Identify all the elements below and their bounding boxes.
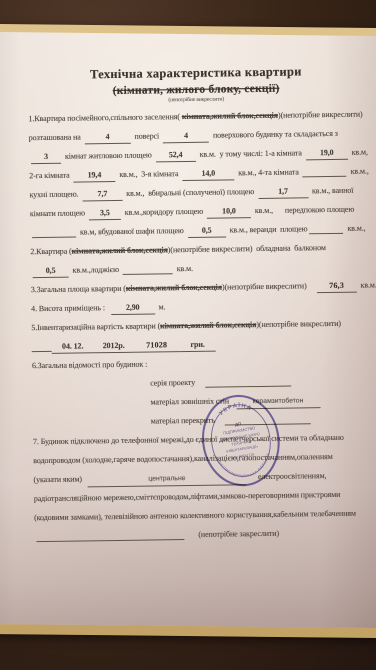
- text: (указати яким): [33, 474, 82, 484]
- text: м.: [157, 302, 166, 311]
- form-value-bold: 71028: [134, 339, 180, 353]
- form-value: 52,4: [156, 149, 196, 163]
- document-title: Технічна характеристика квартири: [28, 64, 364, 84]
- blank-underline: [303, 164, 347, 178]
- form-value: 3: [31, 151, 61, 164]
- form-value: грн.: [180, 339, 216, 353]
- text: )(непотрібне викреслити): [256, 319, 341, 329]
- blank-underline: [32, 225, 76, 239]
- text: 7. Будинок підключено до телефонної мере…: [33, 433, 344, 446]
- text: кв.м.: [175, 264, 193, 273]
- text: поверсі: [133, 131, 162, 140]
- form-value: 7,7: [82, 188, 122, 202]
- text: кв.м., вбиральні (сполученої) площею: [124, 187, 256, 198]
- text: )(непотрібне викреслити): [278, 110, 363, 120]
- text: кв.м.,лоджією: [71, 265, 121, 275]
- text: 5.Інвентаризаційна вартість квартири (: [31, 321, 160, 332]
- text: поверхового будинку та складається з: [211, 129, 338, 140]
- text: 3.Загальна площа квартири (: [31, 284, 126, 294]
- blank-underline: [309, 221, 343, 234]
- text: )(непотрібне викреслити): [222, 281, 307, 291]
- spacer: [195, 384, 203, 385]
- spacer: [82, 480, 86, 481]
- text: розташована на: [29, 132, 83, 142]
- form-value: 10,0: [207, 205, 251, 219]
- document-page: Технічна характеристика квартири (кімнат…: [0, 32, 376, 628]
- text: кв.м, вбудованої шафи площею: [78, 226, 186, 237]
- svg-text:УКРАЇНА: УКРАЇНА: [217, 400, 253, 418]
- form-value: 4: [163, 130, 209, 144]
- spacer: [273, 212, 283, 213]
- text: (непотрібне закреслити): [198, 529, 279, 539]
- text: передпокою площею: [283, 205, 354, 215]
- text: кв.м., ванної: [310, 186, 353, 196]
- text: 2.Квартира (: [30, 247, 71, 257]
- text: кв.м.,коридору площею: [123, 207, 205, 217]
- form-line: (непотрібне закреслити): [34, 522, 370, 546]
- form-value: 1,7: [258, 185, 308, 199]
- struck-text: кімната,жилий блок,секція: [72, 245, 168, 255]
- stamp-text-line: код 03341719: [232, 452, 255, 460]
- text: кв.м,: [350, 147, 368, 156]
- blank-underline: [36, 527, 184, 542]
- struck-text: кімната,жилий блок,секція: [182, 111, 278, 121]
- form-value: 14,0: [182, 167, 234, 181]
- text: кімнат житловою площею: [63, 150, 154, 160]
- text: серія проекту: [150, 378, 195, 388]
- text: 2-га кімната: [29, 171, 71, 181]
- text: кв.м.,: [359, 280, 376, 289]
- text: кв.м.,: [349, 166, 369, 175]
- form-value: 19,4: [73, 169, 115, 183]
- text: кімнати площею: [30, 208, 87, 218]
- form-value: 2,90: [111, 301, 155, 315]
- form-value: 2012р.: [94, 340, 134, 354]
- form-value: 19,0: [306, 147, 348, 161]
- spacer: [186, 536, 198, 537]
- form-value: 04. 12.: [52, 340, 94, 354]
- text: кв.м. у тому числі: 1-а кімната: [198, 148, 304, 158]
- stamp-text-line: ДП: [235, 421, 242, 427]
- stamp-arc-top-text: УКРАЇНА: [217, 400, 253, 418]
- text: кв.м., веранди площею: [228, 224, 308, 234]
- document-content: Технічна характеристика квартири (кімнат…: [0, 32, 376, 628]
- blank-underline: [205, 374, 291, 388]
- form-value: 3,5: [89, 207, 121, 220]
- text: 4. Висота приміщень :: [31, 303, 109, 313]
- text: радіотрансляційною мережею,сміттєпроводо…: [34, 490, 341, 503]
- text: кв.м., 3-я кімната: [117, 169, 180, 179]
- text: водопроводом (холодне,гаряче водопостача…: [33, 452, 333, 465]
- spacer: [307, 287, 315, 288]
- text: кв.м.,: [253, 206, 273, 215]
- blank-underline: [123, 261, 173, 275]
- form-value-bold: 76,3: [317, 280, 357, 294]
- text: 6.Загальна відомості про будинок :: [32, 360, 147, 371]
- text: (кодовими замками), телевізійною антеною…: [34, 509, 356, 522]
- round-stamp: УКРАЇНА ДНІПРОПЕТРОВСЬКА ОБЛАСТЬ ДП ПІДП…: [194, 387, 289, 495]
- struck-text: кімната,жилий блок,секція: [126, 283, 222, 293]
- form-value: 0,5: [188, 224, 226, 238]
- text: кв.м.,: [345, 224, 365, 233]
- text: 1.Квартира посімейного,спільного заселен…: [28, 112, 181, 123]
- form-body: 1.Квартира посімейного,спільного заселен…: [28, 105, 370, 547]
- photo-background: Технічна характеристика квартири (кімнат…: [0, 0, 376, 670]
- form-value: 4: [85, 131, 131, 145]
- text: )(непотрібне викреслити) обладнана балко…: [168, 243, 326, 254]
- text: кухні площею.: [29, 189, 80, 199]
- struck-text: кімната,жилий блок,секція: [160, 320, 256, 330]
- text: кв.м., 4-та кімната: [236, 167, 301, 177]
- form-value: 0,5: [33, 265, 69, 279]
- blank-underline: [32, 339, 52, 352]
